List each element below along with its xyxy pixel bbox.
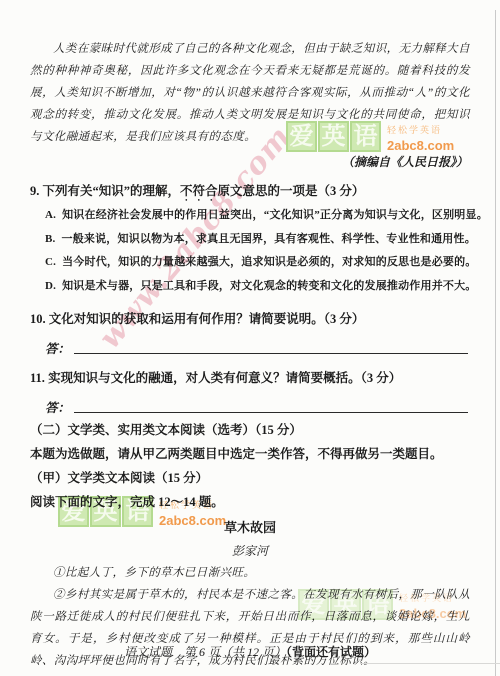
essay-author: 彭家河 — [30, 540, 470, 562]
option-label: A. — [45, 209, 56, 221]
stem-text: 下列有关“知识”的理解， — [43, 184, 181, 198]
question-11-stem: 11. 实现知识与文化的融通，对人类有何意义？请简要概括。（3 分） — [30, 366, 470, 390]
reading-passage-paragraph: 人类在蒙昧时代就形成了自己的各种文化观念，但由于缺乏知识，无力解释大自然的种种神… — [30, 38, 470, 148]
footer-doc-title: 语文试题 — [124, 645, 172, 659]
stem-text: 原文意思的一项是（3 分） — [218, 184, 365, 198]
answer-blank-line — [74, 398, 468, 413]
section-2a-instruction: 阅读下面的文字，完成 12～14 题。 — [30, 490, 470, 514]
question-9-stem: 9. 下列有关“知识”的理解，不符合原文意思的一项是（3 分） — [30, 179, 470, 204]
scan-edge-artifact — [495, 10, 496, 676]
option-b: B.一般来说，知识以物为本，求真且无国界，具有客观性、科学性、专业性和通用性。 — [45, 228, 470, 252]
question-11-answer-row: 答： — [45, 394, 470, 416]
exam-page-scan: www.2abc8.com 爱 英 语 轻松学英语 2abc8.com 爱 英 … — [0, 0, 500, 676]
option-text: 一般来说，知识以物为本，求真且无国界，具有客观性、科学性、专业性和通用性。 — [62, 233, 476, 245]
stem-text: 文化对知识的获取和运用有何作用？请简要说明。（3 分） — [49, 312, 365, 326]
section-2-note: 本题为选做题，请从甲乙两类题目中选定一类作答，不得再做另一类题目。 — [30, 442, 470, 466]
option-text: 当今时代，知识的力量越来越强大，追求知识是必须的，对求知的反思也是必要的。 — [62, 256, 476, 268]
answer-blank-line — [74, 339, 468, 354]
option-label: C. — [45, 256, 56, 268]
section-2: （二）文学类、实用类文本阅读（选考）（15 分） 本题为选做题，请从甲乙两类题目… — [30, 418, 470, 514]
option-text: 知识在经济社会发展中的作用日益突出，“文化知识”正分离为知识与文化，区别明显。 — [62, 209, 488, 221]
option-d: D.知识是术与器，只是工具和手段，对文化观念的转变和文化的发展推动作用并不大。 — [45, 275, 470, 299]
question-number: 9. — [30, 184, 39, 198]
option-label: B. — [45, 233, 56, 245]
question-number: 11. — [30, 371, 45, 385]
section-2a-heading: （甲）文学类文本阅读（15 分） — [30, 466, 470, 490]
answer-label: 答： — [45, 398, 70, 416]
stem-emphasized-text: 不符合 — [180, 184, 218, 198]
question-11: 11. 实现知识与文化的融通，对人类有何意义？请简要概括。（3 分） 答： — [30, 366, 470, 416]
footer-page-number: 第 6 页（共 12 页） — [184, 645, 286, 659]
section-2-heading: （二）文学类、实用类文本阅读（选考）（15 分） — [30, 418, 470, 442]
option-c: C.当今时代，知识的力量越来越强大，追求知识是必须的，对求知的反思也是必要的。 — [45, 251, 470, 275]
footer-note: （背面还有试题） — [286, 645, 376, 659]
question-number: 10. — [30, 312, 46, 326]
answer-label: 答： — [45, 339, 70, 357]
question-10-answer-row: 答： — [45, 335, 470, 357]
question-9: 9. 下列有关“知识”的理解，不符合原文意思的一项是（3 分） A.知识在经济社… — [30, 179, 470, 298]
stem-text: 实现知识与文化的融通，对人类有何意义？请简要概括。（3 分） — [48, 371, 401, 385]
question-10-stem: 10. 文化对知识的获取和运用有何作用？请简要说明。（3 分） — [30, 307, 470, 331]
page-footer: 语文试题第 6 页（共 12 页）（背面还有试题） — [0, 643, 500, 660]
passage-attribution: （摘编自《人民日报》） — [30, 153, 468, 170]
question-10: 10. 文化对知识的获取和运用有何作用？请简要说明。（3 分） 答： — [30, 307, 470, 357]
option-a: A.知识在经济社会发展中的作用日益突出，“文化知识”正分离为知识与文化，区别明显… — [45, 204, 470, 228]
option-text: 知识是术与器，只是工具和手段，对文化观念的转变和文化的发展推动作用并不大。 — [62, 280, 476, 292]
option-label: D. — [45, 280, 56, 292]
essay-paragraph-1: ①比起人丁，乡下的草木已日渐兴旺。 — [30, 562, 470, 584]
scan-smudge-artifact — [360, 663, 500, 664]
essay-title: 草木故园 — [30, 516, 470, 540]
page-content: 人类在蒙昧时代就形成了自己的各种文化观念，但由于缺乏知识，无力解释大自然的种种神… — [30, 38, 470, 672]
